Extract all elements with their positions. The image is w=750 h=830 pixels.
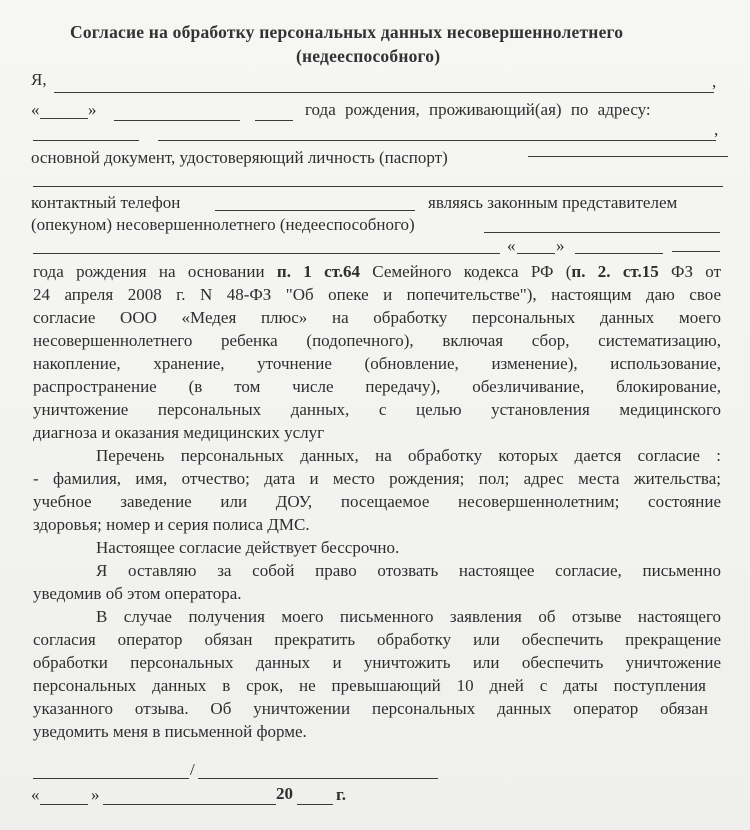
data-list-intro: Перечень персональных данных, на обработ… <box>96 445 721 467</box>
birth-year-field[interactable] <box>255 120 293 121</box>
year-prefix: 20 <box>276 784 293 804</box>
child-name-field[interactable] <box>484 232 720 233</box>
birth-month-field[interactable] <box>114 120 240 121</box>
body-line-1: года рождения на основании п. 1 ст.64 Се… <box>33 261 721 283</box>
operator-line-3: обработки персональных данных и уничтожи… <box>33 652 721 674</box>
revoke-line-1: Я оставляю за собой право отозвать насто… <box>96 560 721 582</box>
body-line-2: 24 апреля 2008 г. N 48-ФЗ "Об опеке и по… <box>33 284 721 306</box>
slash-separator: / <box>190 760 195 780</box>
passport-field-continued[interactable] <box>33 186 723 187</box>
guardian-label: (опекуном) несовершеннолетнего (недееспо… <box>31 215 415 235</box>
signature-field[interactable] <box>33 778 189 779</box>
body-line-7: уничтожение персональных данных, с целью… <box>33 399 721 421</box>
data-list-line-1: - фамилия, имя, отчество; дата и место р… <box>33 468 721 490</box>
quote-close: » <box>91 785 100 805</box>
phone-label: контактный телефон <box>31 193 180 213</box>
child-birth-month-field[interactable] <box>575 253 663 254</box>
revoke-line-2: уведомив об этом оператора. <box>33 583 721 605</box>
birth-day-field[interactable] <box>40 118 88 119</box>
quote-open: « <box>31 100 40 120</box>
year-suffix: г. <box>336 785 346 805</box>
child-name-field-continued[interactable] <box>33 253 500 254</box>
operator-line-4: персональных данных в срок, не превышающ… <box>33 675 706 697</box>
text-span: Семейного кодекса РФ ( <box>360 262 571 281</box>
text-span: года рождения на основании <box>33 262 277 281</box>
ya-label: Я, <box>31 70 47 90</box>
passport-field[interactable] <box>528 156 728 157</box>
consent-form-page: Согласие на обработку персональных данны… <box>0 0 750 830</box>
body-line-8: диагноза и оказания медицинских услуг <box>33 422 721 444</box>
child-birth-day-field[interactable] <box>517 253 555 254</box>
full-name-field[interactable] <box>54 92 714 93</box>
data-list-line-2: учебное заведение или ДОУ, посещаемое не… <box>33 491 721 513</box>
document-subtitle: (недееспособного) <box>296 46 440 67</box>
quote-close: » <box>88 100 97 120</box>
law-reference: п. 1 ст.64 <box>277 262 360 281</box>
sign-day-field[interactable] <box>40 804 88 805</box>
quote-open: « <box>507 236 516 256</box>
validity-statement: Настоящее согласие действует бессрочно. <box>96 537 721 559</box>
body-line-4: несовершеннолетнего ребенка (подопечного… <box>33 330 721 352</box>
law-reference: п. 2. ст.15 <box>571 262 658 281</box>
operator-line-5: указанного отзыва. Об уничтожении персон… <box>33 698 708 720</box>
legal-rep-label: являясь законным представителем <box>428 193 677 213</box>
quote-close: » <box>556 236 565 256</box>
body-line-3: согласие ООО «Медея плюс» на обработку п… <box>33 307 721 329</box>
child-birth-year-field[interactable] <box>672 251 720 252</box>
document-title: Согласие на обработку персональных данны… <box>70 22 623 43</box>
body-line-5: накопление, хранение, уточнение (обновле… <box>33 353 721 375</box>
address-field-part1[interactable] <box>33 140 139 141</box>
address-field-part2[interactable] <box>158 140 716 141</box>
data-list-line-3: здоровья; номер и серия полиса ДМС. <box>33 514 721 536</box>
operator-line-2: согласия оператор обязан прекратить обра… <box>33 629 721 651</box>
id-document-label: основной документ, удостоверяющий личнос… <box>31 148 448 168</box>
birth-address-label: года рождения, проживающий(ая) по адресу… <box>305 100 651 120</box>
comma: , <box>714 120 718 140</box>
sign-month-field[interactable] <box>103 804 276 805</box>
text-span: ФЗ от <box>659 262 721 281</box>
comma: , <box>712 72 716 92</box>
quote-open: « <box>31 785 40 805</box>
phone-field[interactable] <box>215 210 415 211</box>
sign-year-field[interactable] <box>297 804 333 805</box>
operator-line-6: уведомить меня в письменной форме. <box>33 721 721 743</box>
operator-line-1: В случае получения моего письменного зая… <box>96 606 721 628</box>
signature-name-field[interactable] <box>198 778 438 779</box>
body-line-6: распространение (в том числе передачу), … <box>33 376 721 398</box>
